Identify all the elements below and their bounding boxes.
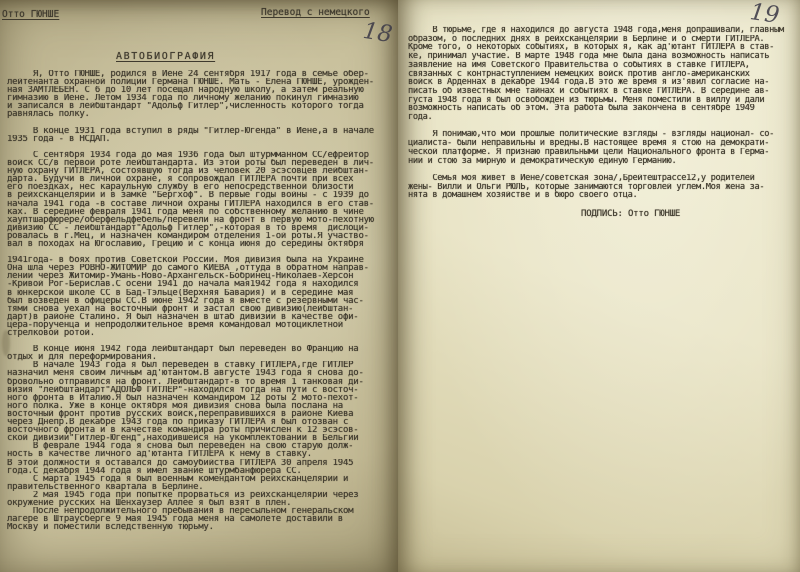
text-line: войск в Арденнах в декабре 1944 года.В э… bbox=[408, 78, 799, 87]
document-title: АВТОБИОГРАФИЯ bbox=[116, 51, 215, 62]
text-line: правительственного квартала в Берлине. bbox=[7, 483, 396, 491]
author-name: Отто ГЮНШЕ bbox=[2, 9, 59, 20]
text-line: ность в качестве личного ад'ютанта ГИТЛЕ… bbox=[7, 450, 396, 458]
text-line: дарт)в районе Сталино. Я был назначен в … bbox=[7, 313, 396, 321]
text-line: заявление на имя Советского Правительств… bbox=[408, 61, 799, 70]
text-line: С сентября 1934 года до мая 1936 года бы… bbox=[7, 151, 396, 159]
text-line: В тюрьме, где я находился до августа 194… bbox=[408, 26, 799, 35]
text-line: ках. В середине февраля 1941 года меня п… bbox=[7, 208, 396, 216]
text-line: лагере в Штраусберге 9 мая 1945 года мен… bbox=[7, 515, 396, 523]
page-number-18: 18 bbox=[361, 18, 394, 48]
text-line: ской дивизии"Гитлер-Югенд",находившейся … bbox=[7, 434, 396, 442]
text-line: начала 1941 года -в составе личной охран… bbox=[7, 200, 396, 208]
text-line: стрелковой ротой. bbox=[7, 329, 396, 337]
translation-note: Перевод с немецкого bbox=[261, 7, 370, 18]
text-line: 1941года- в боях против Советской России… bbox=[7, 256, 396, 264]
text-line: восточного фронта и в качестве командира… bbox=[7, 426, 396, 434]
text-line: ческой платформе. Я признаю правильными … bbox=[408, 148, 799, 157]
text-line: густа 1948 года я был освобожден из тюрь… bbox=[408, 96, 799, 105]
text-line: возможность написать об этом. Эта работа… bbox=[408, 104, 799, 113]
text-line: Семья моя живет в Йене/советская зона/,Б… bbox=[408, 174, 799, 183]
text-line: вал в походах на Югославию, Грецию и с к… bbox=[7, 240, 396, 248]
text-line: окружение русских на Шенхаузер Аллее я б… bbox=[7, 499, 396, 507]
text-line: лении через Житомир-Умань-Ново-Архангель… bbox=[7, 272, 396, 280]
text-line: в юнкерской школе СС в Бад-Тэльце(Верхня… bbox=[7, 289, 396, 297]
text-line: Кроме того, о некоторых событиях, в кото… bbox=[408, 43, 799, 52]
text-line: С марта 1945 года я был военным комендан… bbox=[7, 475, 396, 483]
text-line: Она шла через РОВНО-ЖИТОМИР до самого КИ… bbox=[7, 264, 396, 272]
text-line: дивизию СС - лейбштандарт"Адольф Гитлер"… bbox=[7, 224, 396, 232]
text-line: 2 мая 1945 года при попытке прорваться и… bbox=[7, 491, 396, 499]
document-scan: Отто ГЮНШЕ Перевод с немецкого 18 АВТОБИ… bbox=[0, 0, 800, 572]
text-line: хауптшарфюрере/оберфельдфебель/перевели … bbox=[7, 216, 396, 224]
left-page: Отто ГЮНШЕ Перевод с немецкого 18 АВТОБИ… bbox=[0, 0, 398, 572]
text-line: -Кривой Рог-Берислав.С осени 1941 до нач… bbox=[7, 280, 396, 288]
text-line: равнялась полку. bbox=[7, 110, 396, 118]
text-line: В феврале 1944 года я снова был переведе… bbox=[7, 442, 396, 450]
text-line: В этой должности я оставался до самоубий… bbox=[7, 459, 396, 467]
text-line: его поездках, нес караульную службу в ег… bbox=[7, 183, 396, 191]
text-line: войск СС/в первой роте лейбштандарта. Из… bbox=[7, 159, 396, 167]
text-line: назначил меня своим личным ад'ютантом.В … bbox=[7, 369, 396, 377]
text-line: После непродолжительного пребывания в пе… bbox=[7, 507, 396, 515]
text-line: отдых и для переформирования. bbox=[7, 353, 396, 361]
text-line bbox=[7, 143, 396, 151]
left-page-text: Я, Отто ГЮНШЕ, родился в Йене 24 сентябр… bbox=[7, 70, 396, 531]
text-line: гимназию в Йене. Летом 1934 года по личн… bbox=[7, 94, 396, 102]
text-line: нии и стою за мирную и демократическую е… bbox=[408, 157, 799, 166]
text-line: ного полка. Уже в конце октября моя диви… bbox=[7, 402, 396, 410]
text-line: ная ЗАМТЛЕБЕН. С 6 до 10 лет посещал нар… bbox=[7, 86, 396, 94]
text-line: бровольно отправился на фронт. Лейбштанд… bbox=[7, 378, 396, 386]
text-line bbox=[408, 122, 799, 131]
text-line: ную охрану ГИТЛЕРА, состоявшую тогда из … bbox=[7, 167, 396, 175]
signature-line: ПОДПИСЬ: Отто ГЮНШЕ bbox=[581, 209, 680, 219]
text-line: дарта. Будучи в личной охране, я сопрово… bbox=[7, 175, 396, 183]
text-line bbox=[7, 337, 396, 345]
text-line: В конце июня 1942 года лейбштандарт был … bbox=[7, 345, 396, 353]
text-line: лейтенанта охранной полиции Германа ГЮНШ… bbox=[7, 78, 396, 86]
text-line: Москву и поместили вследственную тюрьму. bbox=[7, 523, 396, 531]
right-page-text: В тюрьме, где я находился до августа 194… bbox=[408, 26, 799, 200]
text-line: в рейхсканцелярии и в замке "Бергхоф". В… bbox=[7, 191, 396, 199]
text-line bbox=[7, 248, 396, 256]
text-line: циалиста- были неправильны и вредны.В на… bbox=[408, 139, 799, 148]
text-line: В начале 1943 года я был переведен в ста… bbox=[7, 361, 396, 369]
text-line: ке, принимал участие. В марте 1948 года … bbox=[408, 52, 799, 61]
text-line bbox=[7, 119, 396, 127]
text-line: через Днепр.В декабре 1943 года по прика… bbox=[7, 418, 396, 426]
text-line: жены- Вилли и Ольги РЮЛЬ, которые занима… bbox=[408, 183, 799, 192]
right-page: 19 В тюрьме, где я находился до августа … bbox=[398, 0, 800, 572]
text-line: был возведен в офицеры СС.В июне 1942 го… bbox=[7, 297, 396, 305]
text-line: цера-порученца и непродолжительное время… bbox=[7, 321, 396, 329]
text-line: тями снова уехал на восточный фронт и за… bbox=[7, 305, 396, 313]
paper-smudge bbox=[2, 330, 10, 356]
text-line: и записался в лейбштандарт "Адольф Гитле… bbox=[7, 102, 396, 110]
text-line: нята в домашнем хозяйстве и в бюро своег… bbox=[408, 191, 799, 200]
text-line: Я понимаю,что мои прошлые политические в… bbox=[408, 130, 799, 139]
text-line: писать об известных мне тайнах и события… bbox=[408, 87, 799, 96]
text-line: года. bbox=[408, 113, 799, 122]
text-line: визия "лейбштандарт"АДОЛЬФ ГИТЛЕР"-наход… bbox=[7, 386, 396, 394]
text-line bbox=[408, 165, 799, 174]
text-line: 1935 года - в НСДАП. bbox=[7, 135, 396, 143]
text-line: связанных с контрнаступлением немецких в… bbox=[408, 70, 799, 79]
text-line: ного фронта в Италию.Я был назначен кома… bbox=[7, 394, 396, 402]
page-number-19: 19 bbox=[748, 0, 781, 29]
text-line: образом, о последних днях в рейхсканцеля… bbox=[408, 35, 799, 44]
text-line: восточный фронт против русских войск,пер… bbox=[7, 410, 396, 418]
text-line: ровалась в г.Мец, и назначен командиром … bbox=[7, 232, 396, 240]
text-line: В конце 1931 года вступил в ряды "Гитлер… bbox=[7, 127, 396, 135]
text-line: года.С декабря 1944 года я имел звание ш… bbox=[7, 467, 396, 475]
text-line: Я, Отто ГЮНШЕ, родился в Йене 24 сентябр… bbox=[7, 70, 396, 78]
